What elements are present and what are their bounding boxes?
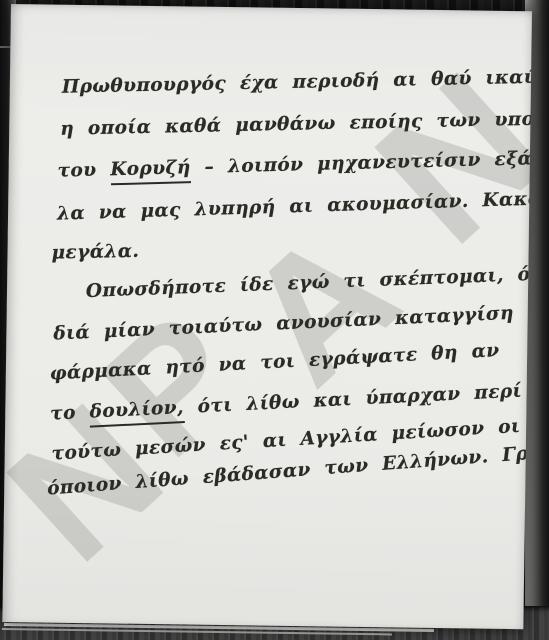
handwriting-line: μεγάλα. bbox=[51, 239, 139, 267]
underlined-word: Κορυζή bbox=[110, 157, 191, 185]
handwriting-segment: το bbox=[50, 402, 90, 425]
underlined-word: δουλίον, bbox=[89, 397, 184, 428]
handwriting-segment: – λοιπόν μηχανευτείσιν εξάγρεσε bbox=[190, 147, 532, 179]
letter-paper: ΝΡΑΝ Πρωθυπουργός έχα περιοδή αι θαύ ικα… bbox=[2, 4, 532, 629]
scanned-letter-page: ΝΡΑΝ Πρωθυπουργός έχα περιοδή αι θαύ ικα… bbox=[0, 0, 549, 640]
handwriting-segment: του bbox=[57, 159, 110, 181]
handwriting-segment: μεγάλα. bbox=[51, 241, 139, 264]
